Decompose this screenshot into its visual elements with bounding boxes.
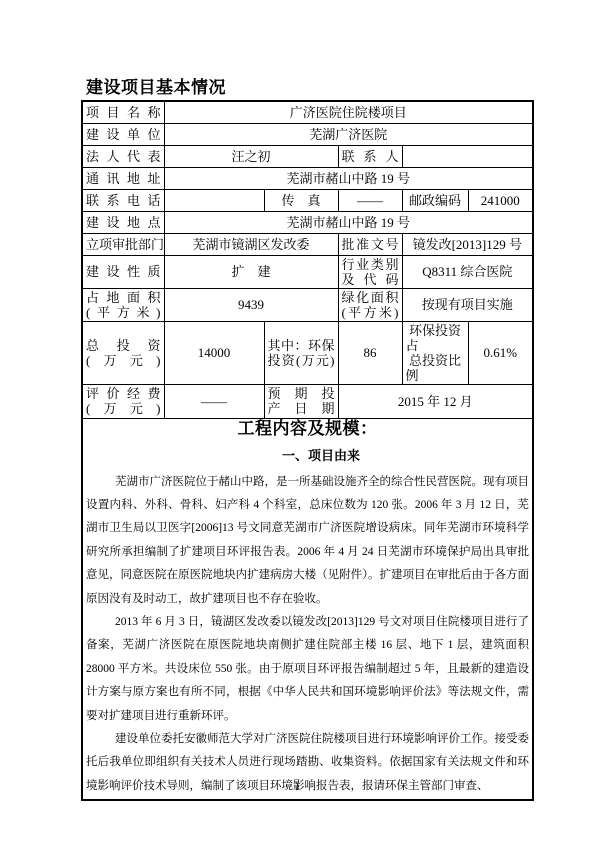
address-label: 通讯地址 — [82, 167, 164, 189]
eval-fee-label: 评价经费 (万元) — [82, 384, 164, 418]
production-date-label: 预期投 产日期 — [264, 384, 338, 418]
nature-value: 扩 建 — [164, 255, 338, 288]
project-name-value: 广济医院住院楼项目 — [164, 101, 533, 123]
contact-person-value — [402, 145, 533, 167]
legal-rep-value: 汪之初 — [164, 145, 338, 167]
approval-doc-value: 镜发改[2013]129 号 — [402, 233, 533, 255]
fax-label: 传 真 — [264, 189, 338, 211]
row-approval: 立项审批部门 芜湖市镜湖区发改委 批准文号 镜发改[2013]129 号 — [82, 233, 533, 255]
page-number: 1 — [0, 781, 595, 793]
green-area-value: 按现有项目实施 — [402, 288, 533, 321]
paragraph-1: 芜湖市广济医院位于赭山中路，是一所基础设施齐全的综合性民营医院。现有项目设置内科… — [86, 471, 529, 611]
total-investment-label: 总投资 (万元) — [82, 321, 164, 384]
row-nature-industry: 建设性质 扩 建 行业类别 及代码 Q8311 综合医院 — [82, 255, 533, 288]
approval-doc-label: 批准文号 — [338, 233, 402, 255]
row-project-name: 项目名称 广济医院住院楼项目 — [82, 101, 533, 123]
build-unit-value: 芜湖广济医院 — [164, 123, 533, 145]
document-page: 建设项目基本情况 项目名称 广济医院住院楼项目 建设单位 芜湖广济医院 法人代表… — [0, 0, 595, 842]
row-eval-fee-date: 评价经费 (万元) —— 预期投 产日期 2015 年 12 月 — [82, 384, 533, 418]
industry-label: 行业类别 及代码 — [338, 255, 402, 288]
row-site: 建设地点 芜湖市赭山中路 19 号 — [82, 211, 533, 233]
row-build-unit: 建设单位 芜湖广济医院 — [82, 123, 533, 145]
row-area-green: 占地面积 (平方米) 9439 绿化面积 (平方米) 按现有项目实施 — [82, 288, 533, 321]
env-investment-value: 86 — [338, 321, 402, 384]
green-area-label: 绿化面积 (平方米) — [338, 288, 402, 321]
row-content-section: 工程内容及规模： 一、项目由来 芜湖市广济医院位于赭山中路，是一所基础设施齐全的… — [82, 418, 533, 800]
approval-dept-value: 芜湖市镜湖区发改委 — [164, 233, 338, 255]
fax-value: —— — [338, 189, 402, 211]
build-unit-label: 建设单位 — [82, 123, 164, 145]
project-info-table: 项目名称 广济医院住院楼项目 建设单位 芜湖广济医院 法人代表 汪之初 联系人 … — [81, 100, 534, 801]
production-date-value: 2015 年 12 月 — [338, 384, 533, 418]
site-value: 芜湖市赭山中路 19 号 — [164, 211, 533, 233]
postcode-value: 241000 — [468, 189, 533, 211]
document-title: 建设项目基本情况 — [86, 73, 226, 98]
env-ratio-value: 0.61% — [468, 321, 533, 384]
project-name-label: 项目名称 — [82, 101, 164, 123]
row-phone-fax-postcode: 联系电话 传 真 —— 邮政编码 241000 — [82, 189, 533, 211]
row-legal-rep: 法人代表 汪之初 联系人 — [82, 145, 533, 167]
env-investment-label: 其中：环保 投资(万元) — [264, 321, 338, 384]
env-ratio-label: 环保投资占 总投资比例 — [402, 321, 468, 384]
content-section-heading: 工程内容及规模： — [86, 420, 529, 438]
site-label: 建设地点 — [82, 211, 164, 233]
approval-dept-label: 立项审批部门 — [82, 233, 164, 255]
postcode-label: 邮政编码 — [402, 189, 468, 211]
legal-rep-label: 法人代表 — [82, 145, 164, 167]
phone-value — [164, 189, 264, 211]
industry-value: Q8311 综合医院 — [402, 255, 533, 288]
row-investment: 总投资 (万元) 14000 其中：环保 投资(万元) 86 环保投资占 总投资… — [82, 321, 533, 384]
land-area-label: 占地面积 (平方米) — [82, 288, 164, 321]
phone-label: 联系电话 — [82, 189, 164, 211]
content-section: 工程内容及规模： 一、项目由来 芜湖市广济医院位于赭山中路，是一所基础设施齐全的… — [82, 418, 533, 800]
project-origin-heading: 一、项目由来 — [113, 448, 529, 464]
nature-label: 建设性质 — [82, 255, 164, 288]
contact-person-label: 联系人 — [338, 145, 402, 167]
project-origin-body: 芜湖市广济医院位于赭山中路，是一所基础设施齐全的综合性民营医院。现有项目设置内科… — [86, 471, 529, 799]
address-value: 芜湖市赭山中路 19 号 — [164, 167, 533, 189]
paragraph-2: 2013 年 6 月 3 日，镜湖区发改委以镜发改[2013]129 号文对项目… — [86, 611, 529, 728]
row-address: 通讯地址 芜湖市赭山中路 19 号 — [82, 167, 533, 189]
total-investment-value: 14000 — [164, 321, 264, 384]
land-area-value: 9439 — [164, 288, 338, 321]
eval-fee-value: —— — [164, 384, 264, 418]
